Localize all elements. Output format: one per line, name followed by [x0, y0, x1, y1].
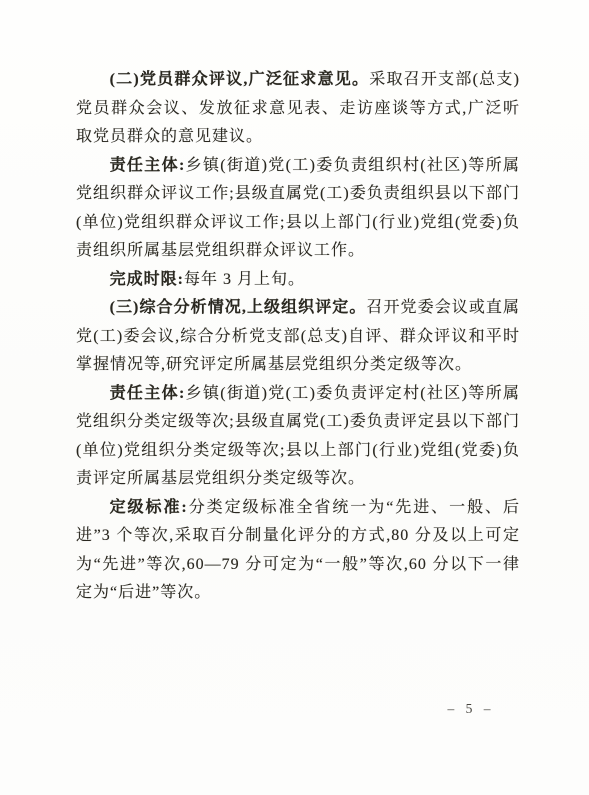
paragraph-lead: 完成时限: [110, 271, 184, 288]
page-number: – 5 – [428, 701, 514, 717]
paragraph-responsible-party-grading: 责任主体:乡镇(街道)党(工)委负责评定村(社区)等所属党组织分类定级等次;县级… [76, 380, 520, 494]
paragraph-member-mass-review: (二)党员群众评议,广泛征求意见。采取召开支部(总支)党员群众会议、发放征求意见… [76, 66, 520, 152]
paragraph-responsible-party-review: 责任主体:乡镇(街道)党(工)委负责组织村(社区)等所属党组织群众评议工作;县级… [76, 152, 520, 266]
document-page: (二)党员群众评议,广泛征求意见。采取召开支部(总支)党员群众会议、发放征求意见… [0, 0, 589, 795]
document-body: (二)党员群众评议,广泛征求意见。采取召开支部(总支)党员群众会议、发放征求意见… [76, 66, 520, 608]
paragraph-deadline: 完成时限:每年 3 月上旬。 [76, 266, 520, 295]
paragraph-lead: 责任主体: [110, 157, 186, 174]
paragraph-text: 每年 3 月上旬。 [184, 271, 305, 288]
paragraph-lead: 定级标准: [110, 499, 188, 516]
paragraph-comprehensive-analysis: (三)综合分析情况,上级组织评定。召开党委会议或直属党(工)委会议,综合分析党支… [76, 294, 520, 380]
paragraph-grading-standard: 定级标准:分类定级标准全省统一为“先进、一般、后进”3 个等次,采取百分制量化评… [76, 494, 520, 608]
paragraph-lead: (三)综合分析情况,上级组织评定。 [110, 299, 367, 316]
paragraph-lead: 责任主体: [110, 385, 186, 402]
paragraph-lead: (二)党员群众评议,广泛征求意见。 [110, 71, 370, 88]
